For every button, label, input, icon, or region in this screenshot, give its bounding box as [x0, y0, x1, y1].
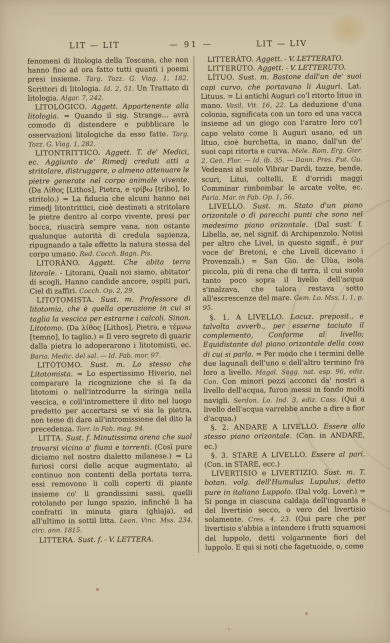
entry-headword: LIVERTISIO e LIVERTIZIO. [211, 469, 324, 478]
text-column-right: LITTERÀTO. Aggett. - V. LETTERATO.LITTER… [193, 54, 366, 553]
entry-headword: §. 2. ANDARE A LIVELLO. [211, 423, 324, 432]
entry-text: Essere al pari. [311, 450, 365, 459]
entry-headword: LIVELLO. [209, 203, 253, 211]
dictionary-entry: LITOTOMISTA. Sust. m. Professore di lito… [30, 295, 192, 361]
entry-text: Vedeansi al suolo Vibrar Dardi, tazze, b… [201, 165, 362, 193]
entry-headword: LITTERÀTO. [207, 55, 256, 63]
entry-text: (Così pure diciamo nel nostro dialetto m… [31, 443, 193, 526]
dictionary-entry: §. 1. A LIVELLO. Locuz. preposit., e tal… [203, 312, 365, 424]
text-column-left: fenomeni di litologia della Toscana, che… [27, 56, 193, 554]
dictionary-entry: fenomeni di litologia della Toscana, che… [27, 56, 188, 104]
dictionary-entry: LITORÀNO. Aggett. Che abita terra litora… [29, 259, 190, 297]
entry-text: Aggett. - V. LETTERUTO. [258, 64, 346, 73]
entry-headword: LITONTRITTICO. [35, 149, 106, 158]
scanned-book-page: LIT — LIT — 91 — LIT — LIV fenomeni di l… [0, 0, 390, 643]
entry-headword: LITTERA. [39, 536, 78, 544]
dictionary-entry: §. 2. ANDARE A LIVELLO. Essere allo stes… [204, 422, 365, 451]
entry-headword: LÍTUO. [208, 74, 239, 82]
entry-headword: LITOLÒGICO. [35, 103, 92, 112]
citation: Cocch. Op. 2, 29. [79, 287, 134, 296]
entry-headword: §. 1. A LIVELLO. [210, 313, 291, 322]
citation: Id. 2, 51. [104, 84, 137, 92]
entry-headword: LITTERÙTO. [207, 65, 257, 73]
dictionary-entry: LÍTUO. Sust. m. Bastone dall'un de' suoi… [201, 73, 363, 203]
entry-text: Sust. f. - V. LETTERA. [78, 535, 154, 544]
entry-text: (Con. in STARE, ecc.) [204, 460, 280, 469]
citation: Algar. 7, 242. [61, 94, 104, 102]
dictionary-entry: §. 3. STARE A LIVELLO. Essere al pari. (… [204, 450, 365, 470]
dictionary-entry: LITONTRITTICO. Aggett. T. de' Medici, ec… [28, 148, 190, 260]
citation: Serdon. Lo. Ind. 3, ediz. Cass. [233, 395, 341, 404]
citation: Paria. Mar. in Fab. Op. 1, 56. [202, 193, 294, 202]
entry-text: (Da Λίθος [Lithos], Pietra, e τρίβω [tri… [29, 185, 191, 259]
dictionary-entry: LITTERA. Sust. f. - V. LETTERA. [32, 535, 193, 546]
text-columns: fenomeni di litologia della Toscana, che… [27, 54, 366, 554]
header-left-range: LIT — LIT [69, 41, 120, 50]
citation: Torr. in Fab. mag. 94. [76, 425, 145, 434]
citation: Red. Cocch. Bagn. Pis. [80, 250, 153, 259]
dictionary-entry: LIVERTISIO e LIVERTIZIO. Sust. m. T. bot… [204, 469, 366, 553]
entry-headword: §. 3. STARE A LIVELLO. [211, 451, 311, 460]
page-header: LIT — LIT — 91 — LIT — LIV [27, 38, 359, 53]
dictionary-entry: LITÒTOMO. Sust. m. Lo stesso che Litotom… [30, 360, 192, 435]
citation: Vasil. Vit. 16, 22. [226, 101, 289, 110]
entry-headword: LITOTOMISTA. [37, 296, 101, 305]
entry-headword: LITÒTOMO. [37, 361, 90, 370]
page-content: LIT — LIT — 91 — LIT — LIV fenomeni di l… [0, 0, 390, 643]
citation: Targ. Tozz. G. Viag. 1, 182. [86, 74, 189, 83]
citation: Baria. Medic. del sal. — Id. Fab. mor. 9… [30, 351, 161, 360]
citation: Cres. 4, 23. [248, 515, 295, 523]
dictionary-entry: LITTA. Sust. f. Minutissima arena che su… [31, 433, 193, 536]
dictionary-entry: LIVELLO. Sust. m. Stato d'un piano orizo… [202, 202, 364, 314]
entry-text: (Dal sust. f. Libella, ae, nel signif. d… [202, 220, 364, 303]
page-number: — 91 — [169, 40, 212, 49]
entry-headword: LITORÀNO. [36, 259, 89, 268]
entry-text: Aggett. - V. LETTERATO. [256, 55, 343, 64]
entry-headword: LITTA. [38, 435, 66, 443]
entry-text: Scrittori di litologia. [28, 84, 104, 93]
dictionary-entry: LITOLÒGICO. Aggett. Appartenente alla li… [28, 102, 189, 150]
header-right-range: LIT — LIV [256, 39, 307, 48]
